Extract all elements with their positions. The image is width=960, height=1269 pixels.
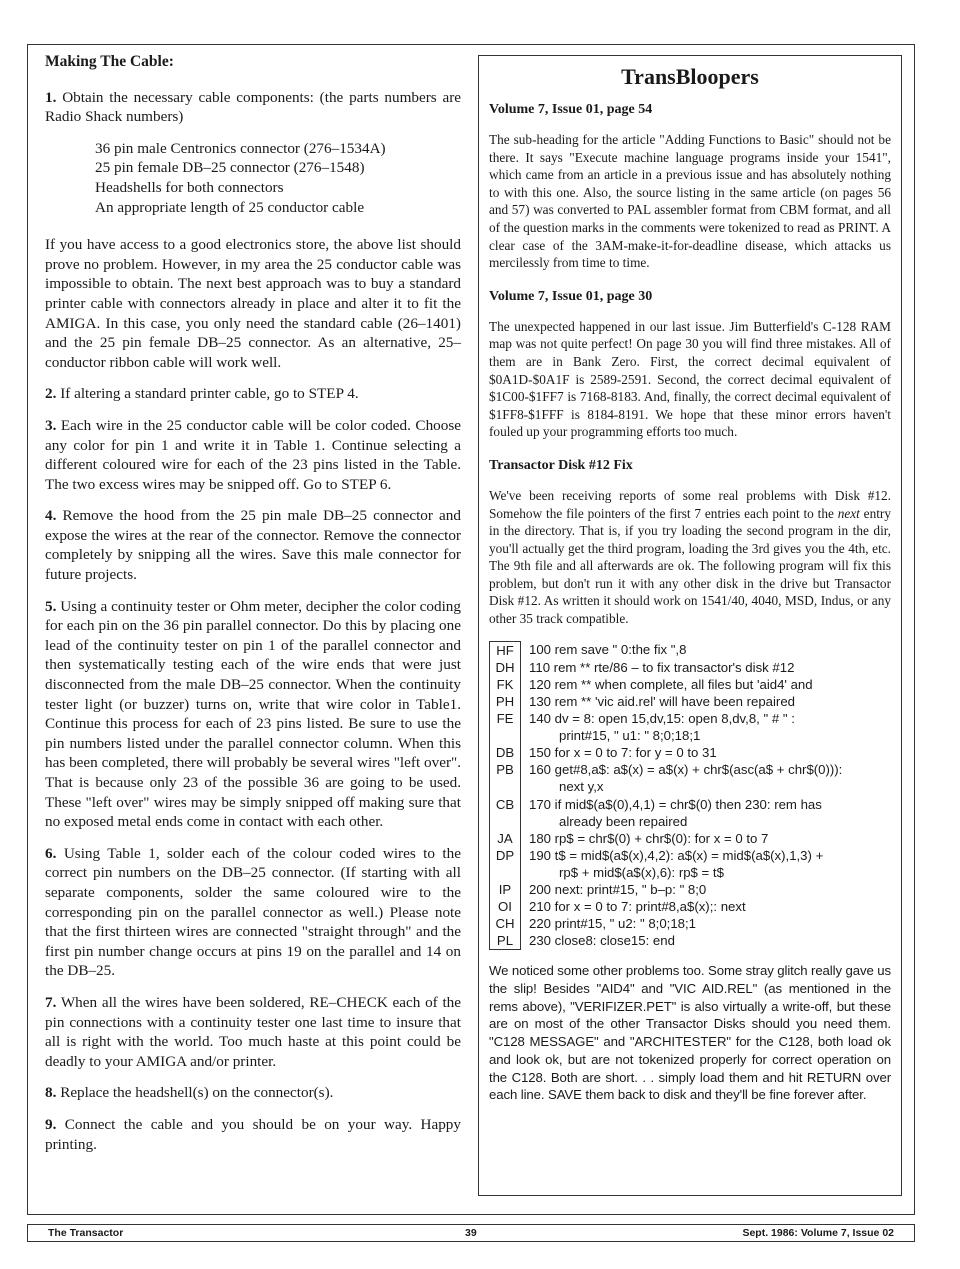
checksum: PB bbox=[490, 761, 521, 795]
checksum: CH bbox=[490, 915, 521, 932]
emphasis: next bbox=[838, 506, 860, 521]
footer-page-number: 39 bbox=[465, 1227, 477, 1239]
checksum: PL bbox=[490, 932, 521, 950]
code-text: 180 rp$ = chr$(0) + chr$(0): for x = 0 t… bbox=[521, 830, 843, 847]
code-text: 120 rem ** when complete, all files but … bbox=[521, 676, 843, 693]
step-number: 9. bbox=[45, 1116, 56, 1133]
article-column: Making The Cable: 1. Obtain the necessar… bbox=[45, 52, 461, 1166]
checksum: IP bbox=[490, 881, 521, 898]
code-line: CB170 if mid$(a$(0),4,1) = chr$(0) then … bbox=[490, 796, 843, 830]
code-line: FE140 dv = 8: open 15,dv,15: open 8,dv,8… bbox=[490, 710, 843, 744]
step-text: When all the wires have been soldered, R… bbox=[45, 994, 461, 1070]
closing-text: We noticed some other problems too. Some… bbox=[489, 962, 891, 1104]
step-1: 1. Obtain the necessary cable components… bbox=[45, 88, 461, 127]
checksum: JA bbox=[490, 830, 521, 847]
step-number: 2. bbox=[45, 385, 56, 402]
step-4: 4. Remove the hood from the 25 pin male … bbox=[45, 506, 461, 584]
section-heading: Volume 7, Issue 01, page 30 bbox=[489, 289, 891, 305]
checksum: HF bbox=[490, 641, 521, 659]
code-line-text: 220 print#15, " u2: " 8;0;18;1 bbox=[529, 916, 696, 931]
code-listing: HF100 rem save " 0:the fix ",8DH110 rem … bbox=[489, 641, 891, 951]
step-number: 8. bbox=[45, 1084, 56, 1101]
section-heading: Transactor Disk #12 Fix bbox=[489, 458, 891, 474]
code-line-text: 110 rem ** rte/86 – to fix transactor's … bbox=[529, 660, 794, 675]
code-line-text: 190 t$ = mid$(a$(x),4,2): a$(x) = mid$(a… bbox=[529, 848, 823, 863]
section-text: The sub-heading for the article "Adding … bbox=[489, 131, 891, 272]
code-text: 130 rem ** 'vic aid.rel' will have been … bbox=[521, 693, 843, 710]
code-text: 140 dv = 8: open 15,dv,15: open 8,dv,8, … bbox=[521, 710, 843, 744]
checksum: DP bbox=[490, 847, 521, 881]
code-text: 200 next: print#15, " b–p: " 8;0 bbox=[521, 881, 843, 898]
code-line: DH110 rem ** rte/86 – to fix transactor'… bbox=[490, 659, 843, 676]
code-line-text: 100 rem save " 0:the fix ",8 bbox=[529, 642, 686, 657]
code-table: HF100 rem save " 0:the fix ",8DH110 rem … bbox=[489, 641, 843, 951]
code-line-text: 180 rp$ = chr$(0) + chr$(0): for x = 0 t… bbox=[529, 831, 768, 846]
code-line-text: 150 for x = 0 to 7: for y = 0 to 31 bbox=[529, 745, 717, 760]
code-line: FK120 rem ** when complete, all files bu… bbox=[490, 676, 843, 693]
step-text: If altering a standard printer cable, go… bbox=[60, 385, 358, 402]
paragraph-store: If you have access to a good electronics… bbox=[45, 235, 461, 372]
article-heading: Making The Cable: bbox=[45, 52, 461, 72]
step-7: 7. When all the wires have been soldered… bbox=[45, 993, 461, 1071]
sidebar-title: TransBloopers bbox=[489, 64, 891, 90]
step-number: 4. bbox=[45, 507, 56, 524]
code-line: PB160 get#8,a$: a$(x) = a$(x) + chr$(asc… bbox=[490, 761, 843, 795]
parts-list-item: Headshells for both connectors bbox=[95, 178, 461, 198]
step-text: Using a continuity tester or Ohm meter, … bbox=[45, 598, 461, 831]
checksum: FE bbox=[490, 710, 521, 744]
code-line: JA180 rp$ = chr$(0) + chr$(0): for x = 0… bbox=[490, 830, 843, 847]
code-continuation: next y,x bbox=[529, 778, 842, 795]
code-text: 100 rem save " 0:the fix ",8 bbox=[521, 641, 843, 659]
step-number: 7. bbox=[45, 994, 56, 1011]
step-text: Using Table 1, solder each of the colour… bbox=[45, 845, 461, 980]
step-number: 1. bbox=[45, 89, 56, 106]
step-9: 9. Connect the cable and you should be o… bbox=[45, 1115, 461, 1154]
step-5: 5. Using a continuity tester or Ohm mete… bbox=[45, 597, 461, 832]
code-text: 190 t$ = mid$(a$(x),4,2): a$(x) = mid$(a… bbox=[521, 847, 843, 881]
text-run: We've been receiving reports of some rea… bbox=[489, 488, 891, 521]
code-text: 210 for x = 0 to 7: print#8,a$(x);: next bbox=[521, 898, 843, 915]
footer-issue: Sept. 1986: Volume 7, Issue 02 bbox=[742, 1227, 894, 1239]
checksum: OI bbox=[490, 898, 521, 915]
code-continuation: print#15, " u1: " 8;0;18;1 bbox=[529, 727, 842, 744]
code-line: PL230 close8: close15: end bbox=[490, 932, 843, 950]
checksum: CB bbox=[490, 796, 521, 830]
step-number: 5. bbox=[45, 598, 56, 615]
parts-list: 36 pin male Centronics connector (276–15… bbox=[95, 139, 461, 217]
code-line-text: 130 rem ** 'vic aid.rel' will have been … bbox=[529, 694, 795, 709]
code-text: 150 for x = 0 to 7: for y = 0 to 31 bbox=[521, 744, 843, 761]
code-line: PH130 rem ** 'vic aid.rel' will have bee… bbox=[490, 693, 843, 710]
step-text: Remove the hood from the 25 pin male DB–… bbox=[45, 507, 461, 583]
code-line: HF100 rem save " 0:the fix ",8 bbox=[490, 641, 843, 659]
transbloopers-sidebar: TransBloopers Volume 7, Issue 01, page 5… bbox=[478, 55, 902, 1196]
code-text: 230 close8: close15: end bbox=[521, 932, 843, 950]
step-6: 6. Using Table 1, solder each of the col… bbox=[45, 844, 461, 981]
code-text: 160 get#8,a$: a$(x) = a$(x) + chr$(asc(a… bbox=[521, 761, 843, 795]
code-line: OI210 for x = 0 to 7: print#8,a$(x);: ne… bbox=[490, 898, 843, 915]
parts-list-item: 25 pin female DB–25 connector (276–1548) bbox=[95, 158, 461, 178]
code-line-text: 200 next: print#15, " b–p: " 8;0 bbox=[529, 882, 706, 897]
step-text: Connect the cable and you should be on y… bbox=[45, 1116, 461, 1153]
step-3: 3. Each wire in the 25 conductor cable w… bbox=[45, 416, 461, 494]
section-heading: Volume 7, Issue 01, page 54 bbox=[489, 102, 891, 118]
code-line: IP200 next: print#15, " b–p: " 8;0 bbox=[490, 881, 843, 898]
section-text: We've been receiving reports of some rea… bbox=[489, 487, 891, 628]
checksum: FK bbox=[490, 676, 521, 693]
code-line-text: 120 rem ** when complete, all files but … bbox=[529, 677, 813, 692]
text-run: entry in the directory. That is, if you … bbox=[489, 506, 891, 627]
code-line: DP190 t$ = mid$(a$(x),4,2): a$(x) = mid$… bbox=[490, 847, 843, 881]
code-line: CH220 print#15, " u2: " 8;0;18;1 bbox=[490, 915, 843, 932]
step-number: 6. bbox=[45, 845, 56, 862]
checksum: DB bbox=[490, 744, 521, 761]
code-line-text: 170 if mid$(a$(0),4,1) = chr$(0) then 23… bbox=[529, 797, 822, 812]
step-2: 2. If altering a standard printer cable,… bbox=[45, 384, 461, 404]
step-8: 8. Replace the headshell(s) on the conne… bbox=[45, 1083, 461, 1103]
code-line-text: 230 close8: close15: end bbox=[529, 933, 675, 948]
step-text: Obtain the necessary cable components: (… bbox=[45, 89, 461, 126]
code-line-text: 140 dv = 8: open 15,dv,15: open 8,dv,8, … bbox=[529, 711, 795, 726]
code-line-text: 160 get#8,a$: a$(x) = a$(x) + chr$(asc(a… bbox=[529, 762, 842, 777]
checksum: DH bbox=[490, 659, 521, 676]
code-continuation: already been repaired bbox=[529, 813, 842, 830]
checksum: PH bbox=[490, 693, 521, 710]
parts-list-item: 36 pin male Centronics connector (276–15… bbox=[95, 139, 461, 159]
step-text: Replace the headshell(s) on the connecto… bbox=[60, 1084, 333, 1101]
page-footer: The Transactor 39 Sept. 1986: Volume 7, … bbox=[27, 1224, 915, 1242]
step-text: Each wire in the 25 conductor cable will… bbox=[45, 417, 461, 493]
section-text: The unexpected happened in our last issu… bbox=[489, 318, 891, 441]
code-text: 110 rem ** rte/86 – to fix transactor's … bbox=[521, 659, 843, 676]
code-text: 170 if mid$(a$(0),4,1) = chr$(0) then 23… bbox=[521, 796, 843, 830]
step-number: 3. bbox=[45, 417, 56, 434]
code-line-text: 210 for x = 0 to 7: print#8,a$(x);: next bbox=[529, 899, 746, 914]
code-line: DB150 for x = 0 to 7: for y = 0 to 31 bbox=[490, 744, 843, 761]
code-continuation: rp$ + mid$(a$(x),6): rp$ = t$ bbox=[529, 864, 842, 881]
footer-magazine: The Transactor bbox=[48, 1227, 123, 1239]
parts-list-item: An appropriate length of 25 conductor ca… bbox=[95, 198, 461, 218]
code-text: 220 print#15, " u2: " 8;0;18;1 bbox=[521, 915, 843, 932]
